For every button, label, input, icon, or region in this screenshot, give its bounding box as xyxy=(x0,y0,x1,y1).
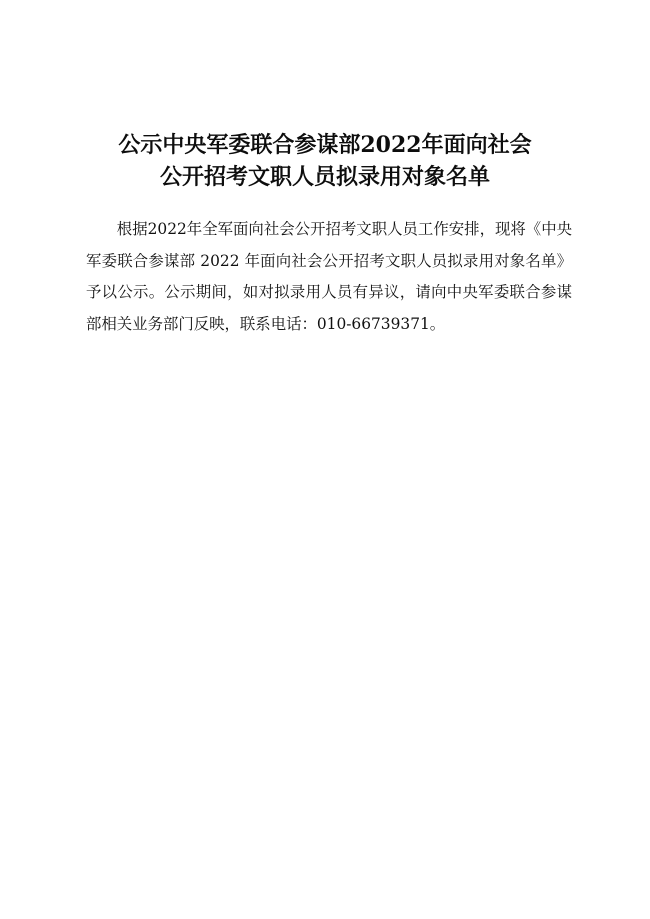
body-paragraph: 根据2022年全军面向社会公开招考文职人员工作安排，现将《中央军委联合参谋部 2… xyxy=(86,214,572,340)
document-body: 根据2022年全军面向社会公开招考文职人员工作安排，现将《中央军委联合参谋部 2… xyxy=(86,214,572,340)
document-title: 公示中央军委联合参谋部2022年面向社会 公开招考文职人员拟录用对象名单 xyxy=(0,129,650,193)
document-page: 公示中央军委联合参谋部2022年面向社会 公开招考文职人员拟录用对象名单 根据2… xyxy=(0,0,650,919)
title-line-1: 公示中央军委联合参谋部2022年面向社会 xyxy=(0,129,650,161)
title-line-2: 公开招考文职人员拟录用对象名单 xyxy=(0,161,650,193)
